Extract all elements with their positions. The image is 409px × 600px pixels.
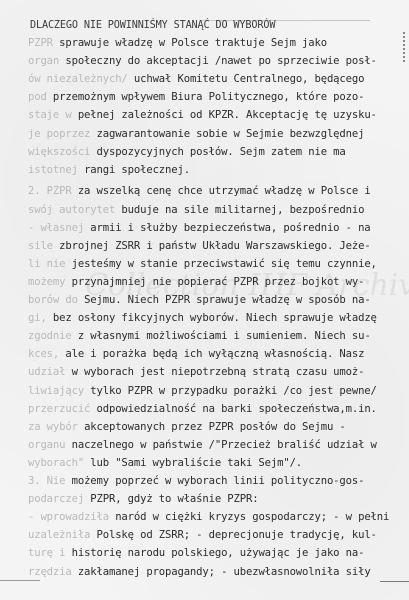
line-text: naród w ciężki kryzys gospodarczy; - w p… xyxy=(115,511,389,523)
line-text: jesteśmy w stanie przeciwstawić się temu… xyxy=(72,258,377,270)
text-line: - własnej armii i służby bezpieczeństwa,… xyxy=(28,222,371,235)
text-line: organu naczelnego w państwie /"Przecież … xyxy=(28,439,377,452)
line-text: przynajmniej nie popierać PZPR przez boj… xyxy=(72,276,365,288)
document-title: DLACZEGO NIE POWINNIŚMY STANĄĆ DO WYBORÓ… xyxy=(30,19,275,32)
text-line: podarczej PZPR, gdyż to właśnie PZPR: xyxy=(28,493,258,506)
text-line: swój autorytet buduje na sile militarnej… xyxy=(28,204,364,217)
line-text: Sejmu. Niech PZPR sprawuje władzę w spos… xyxy=(84,294,371,306)
line-lead-faint: turę i xyxy=(28,547,72,559)
line-text: lub "Sami wybraliście taki Sejm"/. xyxy=(90,457,302,469)
line-lead-faint: organu xyxy=(28,439,72,451)
text-line: większości dyspozycyjnych posłów. Sejm z… xyxy=(28,146,346,159)
line-lead-faint: - własnej xyxy=(28,222,90,234)
line-text: armii i służby bezpieczeństwa, pośrednio… xyxy=(90,222,370,234)
line-lead-faint: uzależniła xyxy=(28,529,97,541)
line-text: zbrojnej ZSRR i państw Układu Warszawski… xyxy=(59,240,370,252)
line-text: zakłamanej propagandy; - ubezwłasnowolni… xyxy=(78,566,371,578)
text-line: kces, ale i porażka będą ich wyłączną wł… xyxy=(28,348,364,361)
text-line: 3. Nie możemy poprzeć w wyborach linii p… xyxy=(28,475,364,488)
text-line: - wprowadziła naród w ciężki kryzys gosp… xyxy=(28,511,389,524)
text-line: PZPR sprawuje władzę w Polsce traktuje S… xyxy=(28,37,327,50)
text-line: je poprzez zagwarantowanie sobie w Sejmi… xyxy=(28,128,364,141)
line-lead-faint: możemy xyxy=(28,276,72,288)
divider xyxy=(0,580,40,581)
line-text: akceptowanych przez PZPR posłów do Sejmu… xyxy=(84,421,346,433)
line-text: bez osłony fikcyjnych wyborów. Niech spr… xyxy=(53,312,377,324)
line-lead-faint: kces, xyxy=(28,348,65,360)
edge-marks xyxy=(403,32,405,64)
line-lead-faint: przerzucić xyxy=(28,403,97,415)
line-text: zagwarantowanie sobie w Sejmie bezwzględ… xyxy=(97,128,365,140)
line-lead-faint: li nie xyxy=(28,258,72,270)
line-lead-faint: 2. PZPR xyxy=(28,185,78,197)
line-lead-faint: wyborach" xyxy=(28,457,90,469)
line-lead-faint: zgodnie xyxy=(28,330,78,342)
line-text: ale i porażka będą ich wyłączną własnośc… xyxy=(65,348,364,360)
line-lead-faint: PZPR xyxy=(28,37,59,49)
text-line: udział w wyborach jest niepotrzebną stra… xyxy=(28,366,364,379)
line-text: z własnymi możliwościami i sumieniem. Ni… xyxy=(78,330,371,342)
text-line: 2. PZPR za wszelką cenę chce utrzymać wł… xyxy=(28,185,371,198)
text-line: turę i historię narodu polskiego, używaj… xyxy=(28,547,364,560)
text-line: gi, bez osłony fikcyjnych wyborów. Niech… xyxy=(28,312,377,325)
text-line: za wybór akceptowanych przez PZPR posłów… xyxy=(28,421,346,434)
line-lead-faint: rzędzia xyxy=(28,566,78,578)
divider xyxy=(380,581,409,582)
line-lead-faint: istotnej xyxy=(28,164,84,176)
text-line: organ społeczny do akceptacji /nawet po … xyxy=(28,55,377,68)
line-text: dyspozycyjnych posłów. Sejm zatem nie ma xyxy=(97,146,346,158)
text-line: staje w pełnej zależności od KPZR. Akcep… xyxy=(28,109,377,122)
text-line: rzędzia zakłamanej propagandy; - ubezwła… xyxy=(28,566,371,579)
line-text: rangi społecznej. xyxy=(84,164,190,176)
line-text: odpowiedzialność na barki społeczeństwa,… xyxy=(97,403,377,415)
text-line: istotnej rangi społecznej. xyxy=(28,164,190,177)
line-lead-faint: udział xyxy=(28,366,72,378)
line-lead-faint: - wprowadziła xyxy=(28,511,115,523)
line-text: pełnej zależności od KPZR. Akceptację tę… xyxy=(78,109,377,121)
line-text: Polskę od ZSRR; - deprecjonuje tradycję,… xyxy=(97,529,377,541)
text-line: ów niezależnych/ uchwał Komitetu Central… xyxy=(28,73,364,86)
line-lead-faint: 3. Nie xyxy=(28,475,72,487)
line-text: tylko PZPR w przypadku porażki /co jest … xyxy=(90,385,377,397)
line-text: za wszelką cenę chce utrzymać władzę w P… xyxy=(78,185,371,197)
text-line: uzależniła Polskę od ZSRR; - deprecjonuj… xyxy=(28,529,377,542)
text-line: pod przemożnym wpływem Biura Polityczneg… xyxy=(28,91,364,104)
line-text: przemożnym wpływem Biura Politycznego, k… xyxy=(53,91,364,103)
line-lead-faint: je poprzez xyxy=(28,128,97,140)
text-line: liwiający tylko PZPR w przypadku porażki… xyxy=(28,385,377,398)
line-text: naczelnego w państwie /"Przecież braliść… xyxy=(72,439,377,451)
line-lead-faint: borów do xyxy=(28,294,84,306)
text-line: wyborach" lub "Sami wybraliście taki Sej… xyxy=(28,457,302,470)
line-text: społeczny do akceptacji /nawet po sprzec… xyxy=(65,55,376,67)
text-line: sile zbrojnej ZSRR i państw Układu Warsz… xyxy=(28,240,371,253)
line-lead-faint: swój autorytet xyxy=(28,204,121,216)
text-line: przerzucić odpowiedzialność na barki spo… xyxy=(28,403,377,416)
line-lead-faint: większości xyxy=(28,146,97,158)
document-page: Collection IHF Archive DLACZEGO NIE POWI… xyxy=(0,0,409,600)
line-text: sprawuje władzę w Polsce traktuje Sejm j… xyxy=(59,37,327,49)
line-lead-faint: staje w xyxy=(28,109,78,121)
line-lead-faint: podarczej xyxy=(28,493,90,505)
line-lead-faint: liwiający xyxy=(28,385,90,397)
line-lead-faint: organ xyxy=(28,55,65,67)
text-line: borów do Sejmu. Niech PZPR sprawuje wład… xyxy=(28,294,371,307)
line-lead-faint: gi, xyxy=(28,312,53,324)
line-text: w wyborach jest niepotrzebną stratą czas… xyxy=(72,366,365,378)
line-lead-faint: ów niezależnych/ xyxy=(28,73,134,85)
line-text: historię narodu polskiego, używając je j… xyxy=(72,547,365,559)
line-text: możemy poprzeć w wyborach linii politycz… xyxy=(72,475,365,487)
text-line: możemy przynajmniej nie popierać PZPR pr… xyxy=(28,276,364,289)
line-lead-faint: za wybór xyxy=(28,421,84,433)
line-text: uchwał Komitetu Centralnego, będącego xyxy=(134,73,364,85)
line-lead-faint: pod xyxy=(28,91,53,103)
line-text: PZPR, gdyż to właśnie PZPR: xyxy=(90,493,258,505)
line-text: buduje na sile militarnej, bezpośrednio xyxy=(121,204,364,216)
text-line: li nie jesteśmy w stanie przeciwstawić s… xyxy=(28,258,377,271)
text-line: zgodnie z własnymi możliwościami i sumie… xyxy=(28,330,371,343)
line-lead-faint: sile xyxy=(28,240,59,252)
